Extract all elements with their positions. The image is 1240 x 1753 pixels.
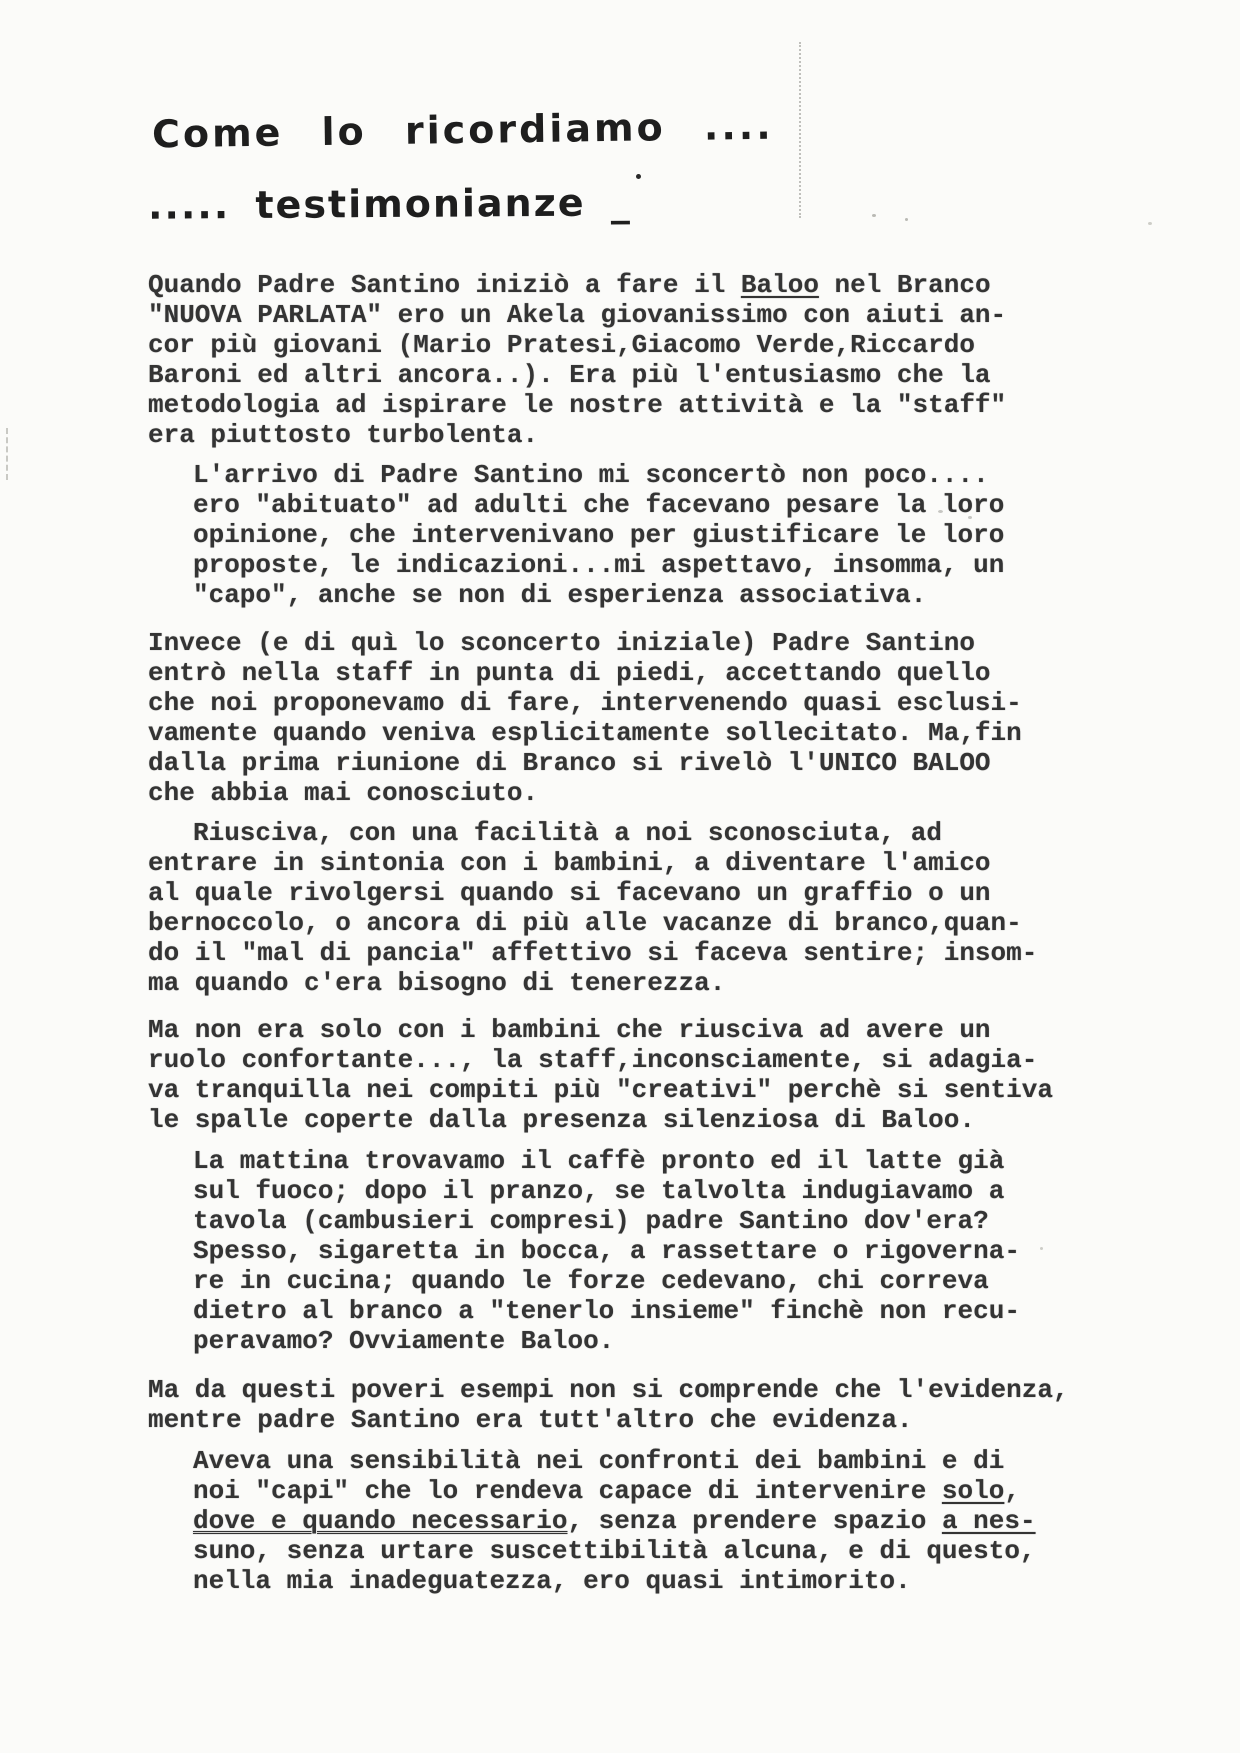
handwritten-subtitle: ..... testimonianze _: [148, 180, 632, 227]
underlined-text: Baloo: [741, 270, 819, 300]
paragraph-8: Aveva una sensibilità nei confronti dei …: [148, 1446, 1158, 1596]
underlined-text: a nes-: [942, 1506, 1036, 1536]
scan-speck: [905, 218, 908, 221]
double-underlined-text: dove e quando necessario: [193, 1506, 567, 1536]
paragraph-4: Riusciva, con una facilità a noi sconosc…: [148, 818, 1158, 998]
scan-speck: [872, 214, 876, 217]
paragraph-5: Ma non era solo con i bambini che riusci…: [148, 1015, 1158, 1135]
ink-dot: [636, 174, 641, 179]
handwritten-title: Come lo ricordiamo ....: [152, 104, 774, 157]
scanned-page: Come lo ricordiamo .... ..... testimonia…: [0, 0, 1240, 1753]
underlined-text: solo: [942, 1476, 1004, 1506]
paragraph-1: Quando Padre Santino iniziò a fare il Ba…: [148, 270, 1158, 450]
scan-speck: [1148, 222, 1152, 225]
margin-punch-mark: [6, 428, 8, 480]
paragraph-6: La mattina trovavamo il caffè pronto ed …: [148, 1146, 1158, 1356]
document-body: Quando Padre Santino iniziò a fare il Ba…: [148, 270, 1158, 1596]
paragraph-7: Ma da questi poveri esempi non si compre…: [148, 1375, 1158, 1435]
crease-mark: [799, 42, 801, 218]
paragraph-2: L'arrivo di Padre Santino mi sconcertò n…: [148, 460, 1158, 610]
paragraph-3: Invece (e di quì lo sconcerto iniziale) …: [148, 628, 1158, 808]
